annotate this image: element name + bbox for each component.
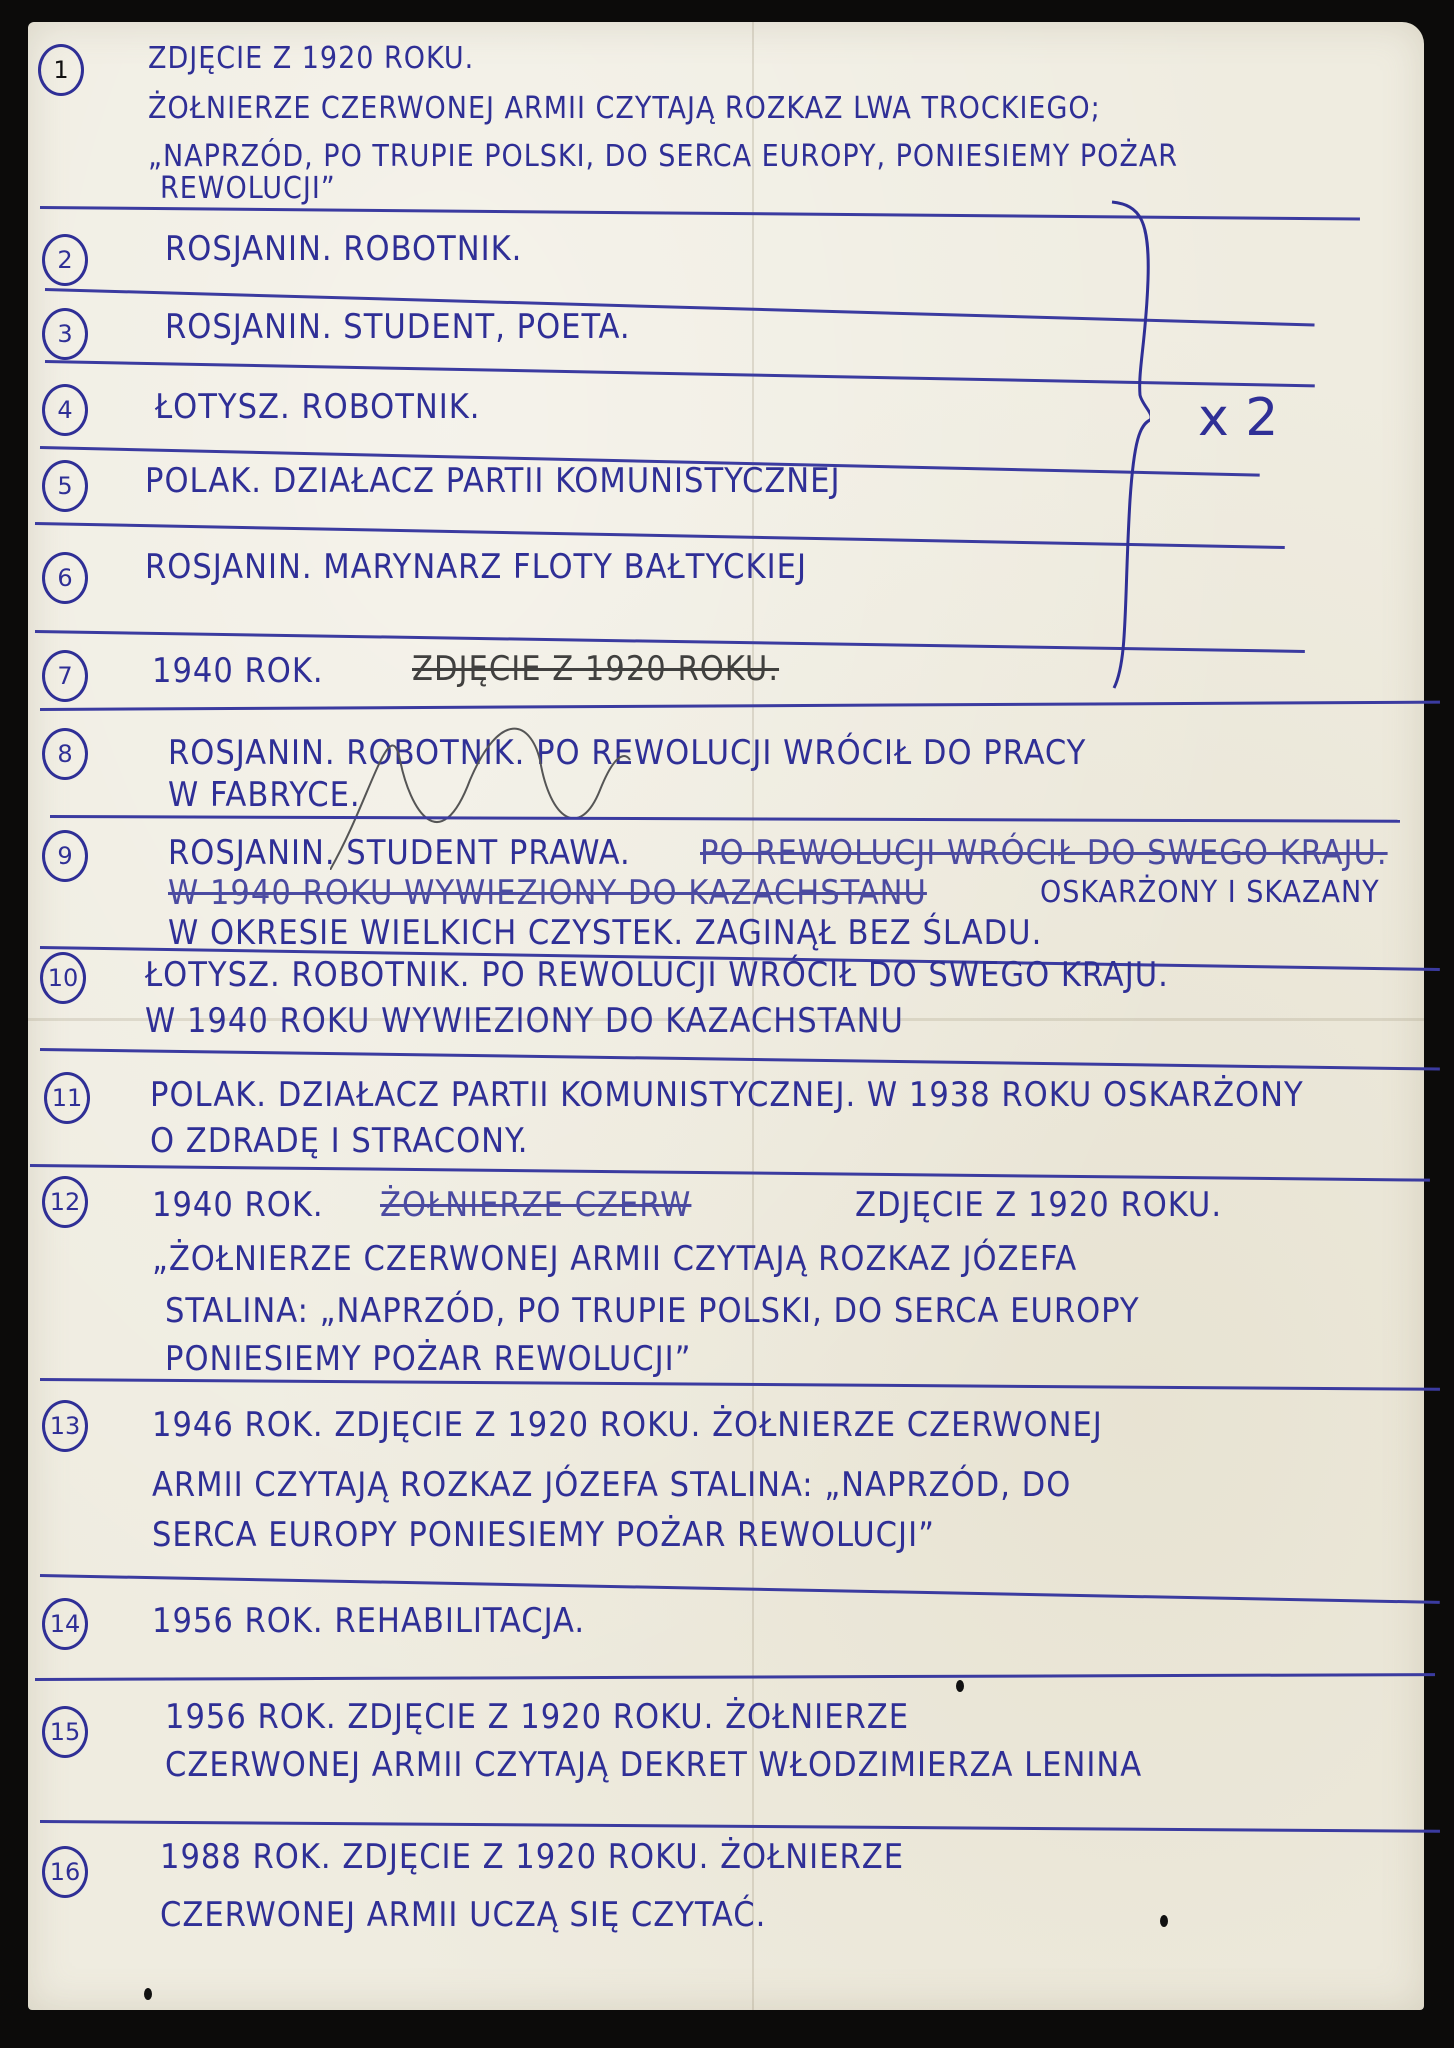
entry-12-line-3: STALINA: „NAPRZÓD, PO TRUPIE POLSKI, DO … [165, 1290, 1140, 1332]
entry-10-line-1: ŁOTYSZ. ROBOTNIK. PO REWOLUCJI WRÓCIŁ DO… [145, 954, 1169, 996]
entry-number-15: 15 [42, 1706, 88, 1758]
entry-7-struck-text: ZDJĘCIE Z 1920 ROKU. [412, 648, 779, 690]
entry-12-line-1: 1940 ROK. [152, 1184, 324, 1226]
entry-1-line-1: ZDJĘCIE Z 1920 ROKU. [148, 40, 474, 78]
entry-7-text: 1940 ROK. [152, 650, 324, 692]
entry-6-text: ROSJANIN. MARYNARZ FLOTY BAŁTYCKIEJ [145, 546, 807, 588]
entry-9-line-1-struck: PO REWOLUCJI WRÓCIŁ DO SWEGO KRAJU. [700, 832, 1388, 874]
entry-16-line-2: CZERWONEJ ARMII UCZĄ SIĘ CZYTAĆ. [160, 1894, 766, 1936]
entry-2-text: ROSJANIN. ROBOTNIK. [165, 228, 522, 270]
entry-number-14: 14 [42, 1598, 88, 1650]
entry-15-line-2: CZERWONEJ ARMII CZYTAJĄ DEKRET WŁODZIMIE… [165, 1744, 1142, 1786]
entry-number-11: 11 [44, 1072, 90, 1124]
entry-4-text: ŁOTYSZ. ROBOTNIK. [155, 386, 481, 428]
entry-5-text: POLAK. DZIAŁACZ PARTII KOMUNISTYCZNEJ [145, 460, 840, 502]
entry-1-line-4: REWOLUCJI” [160, 170, 336, 208]
entry-9-line-1: ROSJANIN. STUDENT PRAWA. [168, 832, 631, 874]
entry-9-line-2-struck: W 1940 ROKU WYWIEZIONY DO KAZACHSTANU [168, 872, 927, 914]
ink-spot [1160, 1915, 1168, 1927]
entry-9-line-3: W OKRESIE WIELKICH CZYSTEK. ZAGINĄŁ BEZ … [168, 912, 1042, 954]
ink-spot [956, 1680, 964, 1692]
entry-10-line-2: W 1940 ROKU WYWIEZIONY DO KAZACHSTANU [145, 1000, 904, 1042]
entry-3-text: ROSJANIN. STUDENT, POETA. [165, 306, 631, 348]
entry-11-line-2: O ZDRADĘ I STRACONY. [150, 1120, 529, 1162]
entry-13-line-1: 1946 ROK. ZDJĘCIE Z 1920 ROKU. ŻOŁNIERZE… [152, 1404, 1103, 1446]
entry-number-5: 5 [42, 460, 88, 512]
entry-number-2: 2 [42, 234, 88, 286]
entry-1-line-2: ŻOŁNIERZE CZERWONEJ ARMII CZYTAJĄ ROZKAZ… [148, 90, 1101, 128]
entry-15-line-1: 1956 ROK. ZDJĘCIE Z 1920 ROKU. ŻOŁNIERZE [165, 1696, 909, 1738]
entry-number-8: 8 [42, 728, 88, 780]
entry-number-4: 4 [42, 384, 88, 436]
entry-number-16: 16 [42, 1846, 88, 1898]
entry-14-text: 1956 ROK. REHABILITACJA. [152, 1600, 585, 1642]
entry-12-line-1-rest: ZDJĘCIE Z 1920 ROKU. [855, 1184, 1222, 1226]
entry-number-1: 1 [38, 44, 84, 96]
entry-12-line-1-struck: ŻOŁNIERZE CZERW [380, 1184, 691, 1226]
entry-16-line-1: 1988 ROK. ZDJĘCIE Z 1920 ROKU. ŻOŁNIERZE [160, 1836, 904, 1878]
entry-number-12: 12 [42, 1176, 88, 1228]
multiplier-note: x 2 [1198, 388, 1278, 448]
entry-12-line-2: „ŻOŁNIERZE CZERWONEJ ARMII CZYTAJĄ ROZKA… [152, 1238, 1077, 1280]
curly-brace-icon [1110, 200, 1150, 690]
entry-9-line-2: OSKARŻONY I SKAZANY [1040, 874, 1380, 912]
entry-number-7: 7 [42, 650, 88, 702]
entry-number-3: 3 [42, 308, 88, 360]
entry-number-13: 13 [42, 1400, 88, 1452]
entry-12-line-4: PONIESIEMY POŻAR REWOLUCJI” [165, 1338, 692, 1380]
ink-spot [144, 1988, 152, 2000]
entry-13-line-3: SERCA EUROPY PONIESIEMY POŻAR REWOLUCJI” [152, 1514, 935, 1556]
entry-11-line-1: POLAK. DZIAŁACZ PARTII KOMUNISTYCZNEJ. W… [150, 1074, 1304, 1116]
entry-13-line-2: ARMII CZYTAJĄ ROZKAZ JÓZEFA STALINA: „NA… [152, 1464, 1071, 1506]
entry-number-9: 9 [42, 830, 88, 882]
entry-number-10: 10 [40, 952, 86, 1004]
entry-number-6: 6 [42, 552, 88, 604]
